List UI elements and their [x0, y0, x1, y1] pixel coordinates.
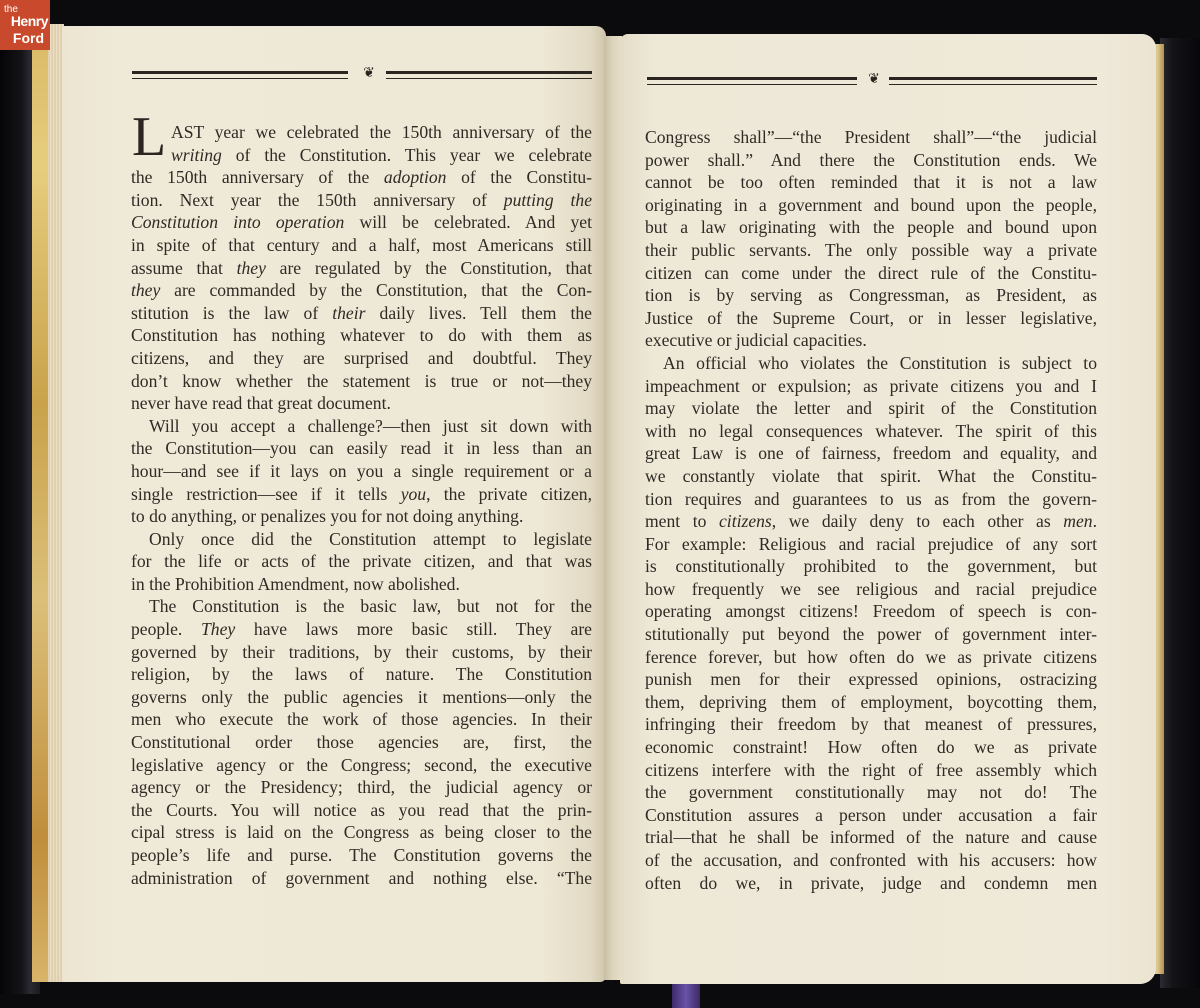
- text-run: .: [1093, 511, 1097, 531]
- book-cover-right: [1160, 38, 1200, 988]
- logo-text-henry: Henry: [11, 14, 48, 28]
- text-line: punish men for their expressed opinions,…: [645, 668, 1097, 691]
- text-line: religion, by the laws of nature. The Con…: [131, 663, 592, 686]
- ornament-rule: [889, 77, 1097, 85]
- text-line: but a law originating with the people an…: [645, 216, 1097, 239]
- text-line: administration of government and nothing…: [131, 867, 592, 890]
- text-line: tion requires and guarantees to us as fr…: [645, 488, 1097, 511]
- text-line: cipal stress is laid on the Congress as …: [131, 821, 592, 844]
- text-line: stitution is the law of their daily live…: [131, 302, 592, 325]
- text-line: them, depriving them of employment, boyc…: [645, 691, 1097, 714]
- text-line: in the Prohibition Amendment, now abolis…: [131, 573, 592, 596]
- right-page-text: Congress shall”—“the President shall”—“t…: [645, 126, 1097, 894]
- text-run: the 150th anniversary of the: [131, 167, 384, 187]
- text-line: we constantly violate that spirit. What …: [645, 465, 1097, 488]
- text-run: are regulated by the Constitution, that: [266, 258, 592, 278]
- text-line: how frequently we see religious and raci…: [645, 578, 1097, 601]
- text-line: citizen can come under the direct rule o…: [645, 262, 1097, 285]
- italic-emphasis: putting the: [504, 190, 592, 210]
- left-page-text: AST year we celebrated the 150th anniver…: [131, 121, 592, 889]
- text-line: Congress shall”—“the President shall”—“t…: [645, 126, 1097, 149]
- ribbon-bookmark: [672, 984, 700, 1008]
- text-line: may violate the letter and spirit of the…: [645, 397, 1097, 420]
- text-line: hour—and see if it lays on you a single …: [131, 460, 592, 483]
- text-line: economic constraint! How often do we as …: [645, 736, 1097, 759]
- text-line: of the accusation, and confronted with h…: [645, 849, 1097, 872]
- text-line: operating amongst citizens! Freedom of s…: [645, 600, 1097, 623]
- henry-ford-watermark-logo: the Henry Ford: [0, 0, 50, 50]
- text-line: citizens, and they are surprised and dou…: [131, 347, 592, 370]
- ornament-rule: [647, 77, 857, 85]
- fleuron-icon: ❦: [867, 71, 881, 88]
- text-line: ment to citizens, we daily deny to each …: [645, 510, 1097, 533]
- text-run: of the Constitution. This year we celebr…: [222, 145, 592, 165]
- text-line: citizens interfere with the right of fre…: [645, 759, 1097, 782]
- text-line: governed by their traditions, by their c…: [131, 641, 592, 664]
- text-line: often do we, in private, judge and conde…: [645, 872, 1097, 895]
- text-run: have laws more basic still. They are: [235, 619, 592, 639]
- text-run: tion. Next year the 150th anniversary of: [131, 190, 504, 210]
- italic-emphasis: Constitution into operation: [131, 212, 344, 232]
- italic-emphasis: They: [201, 619, 235, 639]
- ornament-rule: [132, 71, 348, 79]
- text-line: in spite of that century and a half, mos…: [131, 234, 592, 257]
- text-run: , we daily deny to each other as: [772, 511, 1064, 531]
- text-line: is constitutionally prohibited to the go…: [645, 555, 1097, 578]
- header-ornament-left: ❦: [132, 69, 592, 81]
- text-line: the Constitution—you can easily read it …: [131, 437, 592, 460]
- italic-emphasis: men: [1063, 511, 1092, 531]
- text-line: with no legal consequences whatever. The…: [645, 420, 1097, 443]
- text-line: writing of the Constitution. This year w…: [131, 144, 592, 167]
- text-run: daily lives. Tell them the: [365, 303, 592, 323]
- ornament-rule: [386, 71, 592, 79]
- text-line: power shall.” And there the Constitution…: [645, 149, 1097, 172]
- text-line: impeachment or expulsion; as private cit…: [645, 375, 1097, 398]
- text-run: assume that: [131, 258, 237, 278]
- text-run: will be celebrated. And yet: [344, 212, 592, 232]
- italic-emphasis: they: [131, 280, 160, 300]
- text-run: , the private citizen,: [426, 484, 592, 504]
- text-line: tion is by serving as Congressman, as Pr…: [645, 284, 1097, 307]
- text-line: people. They have laws more basic still.…: [131, 618, 592, 641]
- text-line: cannot be too often reminded that it is …: [645, 171, 1097, 194]
- text-line: Constitutional order those agencies are,…: [131, 731, 592, 754]
- text-line: men who execute the work of those agenci…: [131, 708, 592, 731]
- italic-emphasis: citizens: [719, 511, 772, 531]
- text-line: The Constitution is the basic law, but n…: [131, 595, 592, 618]
- italic-emphasis: adoption: [384, 167, 447, 187]
- italic-emphasis: their: [332, 303, 365, 323]
- text-line: legislative agency or the Congress; seco…: [131, 754, 592, 777]
- text-line: trial—that he shall be informed of the n…: [645, 826, 1097, 849]
- text-line: ference forever, but how often do we as …: [645, 646, 1097, 669]
- text-line: tion. Next year the 150th anniversary of…: [131, 189, 592, 212]
- text-line: their public servants. The only possible…: [645, 239, 1097, 262]
- text-line: AST year we celebrated the 150th anniver…: [131, 121, 592, 144]
- text-line: people’s life and purse. The Constitutio…: [131, 844, 592, 867]
- text-line: single restriction—see if it tells you, …: [131, 483, 592, 506]
- text-line: don’t know whether the statement is true…: [131, 370, 592, 393]
- text-line: they are commanded by the Constitution, …: [131, 279, 592, 302]
- text-run: ment to: [645, 511, 719, 531]
- text-run: single restriction—see if it tells: [131, 484, 401, 504]
- italic-emphasis: writing: [171, 145, 222, 165]
- text-line: Only once did the Constitution attempt t…: [131, 528, 592, 551]
- text-run: people.: [131, 619, 201, 639]
- text-line: the 150th anniversary of the adoption of…: [131, 166, 592, 189]
- text-line: Justice of the Supreme Court, or in less…: [645, 307, 1097, 330]
- text-line: to do anything, or penalizes you for not…: [131, 505, 592, 528]
- text-run: of the Constitu-: [446, 167, 592, 187]
- text-line: governs only the public agencies it ment…: [131, 686, 592, 709]
- text-line: Will you accept a challenge?—then just s…: [131, 415, 592, 438]
- italic-emphasis: they: [237, 258, 266, 278]
- text-line: for the life or acts of the private citi…: [131, 550, 592, 573]
- text-line: assume that they are regulated by the Co…: [131, 257, 592, 280]
- text-line: Constitution has nothing whatever to do …: [131, 324, 592, 347]
- text-run: are commanded by the Constitution, that …: [160, 280, 592, 300]
- text-line: Constitution into operation will be cele…: [131, 211, 592, 234]
- text-line: stitutionally put beyond the power of go…: [645, 623, 1097, 646]
- text-line: originating in a government and bound up…: [645, 194, 1097, 217]
- text-line: An official who violates the Constitutio…: [645, 352, 1097, 375]
- text-line: For example: Religious and racial prejud…: [645, 533, 1097, 556]
- italic-emphasis: you: [401, 484, 426, 504]
- text-line: infringing their freedom by that meanest…: [645, 713, 1097, 736]
- text-line: never have read that great document.: [131, 392, 592, 415]
- fleuron-icon: ❦: [362, 65, 376, 82]
- text-run: stitution is the law of: [131, 303, 332, 323]
- text-line: the Courts. You will notice as you read …: [131, 799, 592, 822]
- text-line: agency or the Presidency; third, the jud…: [131, 776, 592, 799]
- logo-text-ford: Ford: [13, 31, 44, 45]
- header-ornament-right: ❦: [647, 75, 1097, 87]
- text-line: the government constitutionally may not …: [645, 781, 1097, 804]
- text-line: Constitution assures a person under accu…: [645, 804, 1097, 827]
- text-line: executive or judicial capacities.: [645, 329, 1097, 352]
- text-line: great Law is one of fairness, freedom an…: [645, 442, 1097, 465]
